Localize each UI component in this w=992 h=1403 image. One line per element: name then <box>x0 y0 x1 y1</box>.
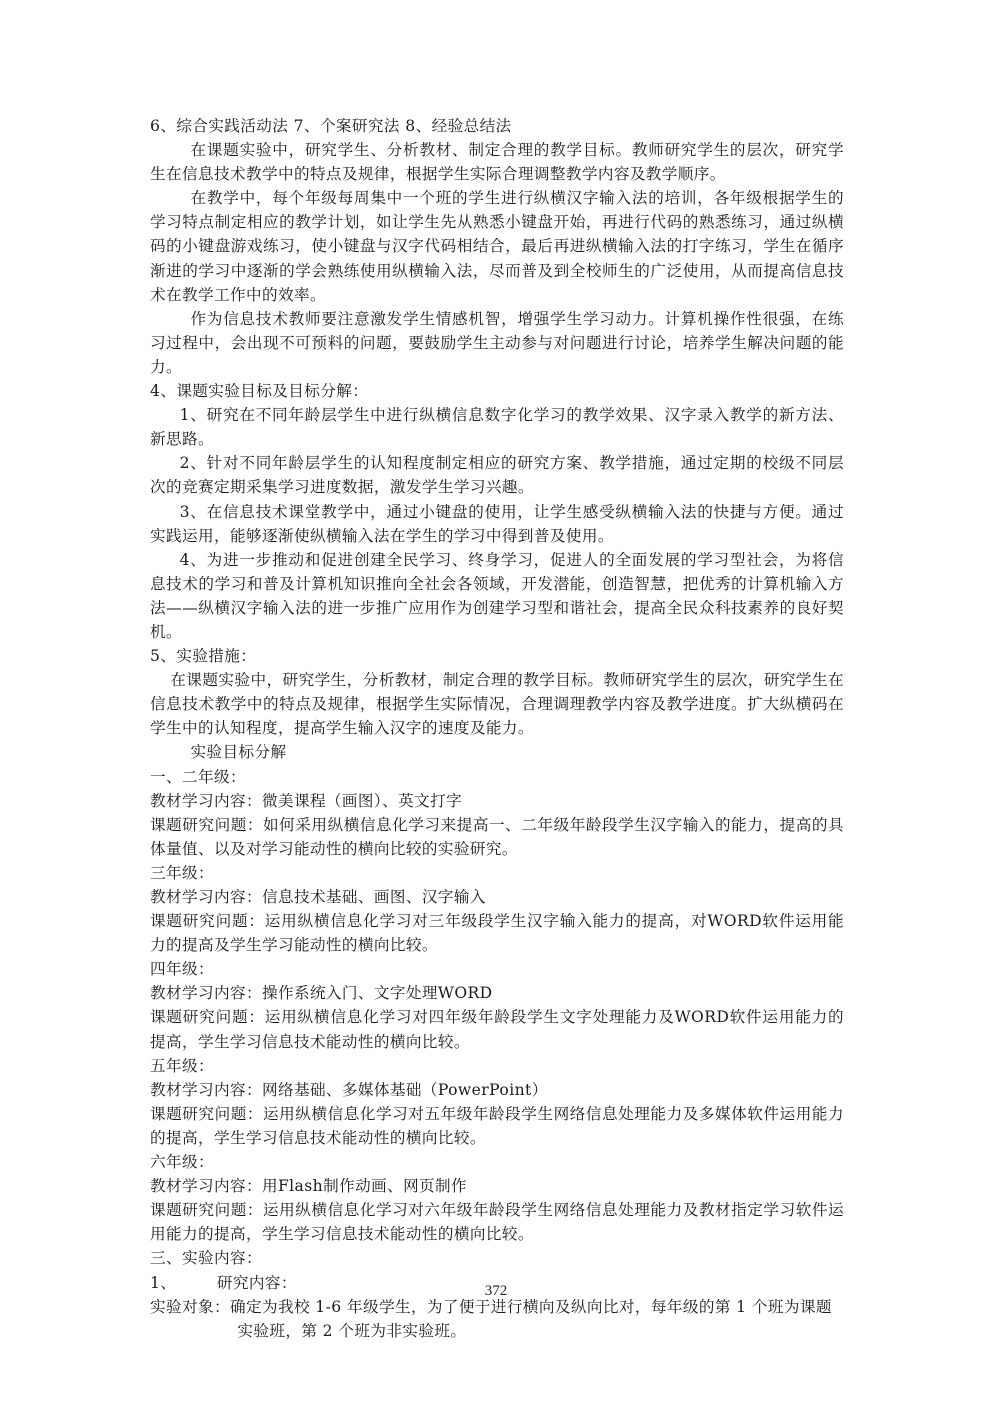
grade-3-question: 课题研究问题：运用纵横信息化学习对三年级段学生汉字输入能力的提高，对WORD软件… <box>150 909 844 957</box>
grade-3-title: 三年级： <box>150 861 844 885</box>
section-4-heading: 4、课题实验目标及目标分解： <box>150 379 844 403</box>
intro-paragraph-2: 在教学中，每个年级每周集中一个班的学生进行纵横汉字输入法的培训，各年级根据学生的… <box>150 186 844 306</box>
grade-5-content: 教材学习内容：网络基础、多媒体基础（PowerPoint） <box>150 1078 844 1102</box>
measures-paragraph: 在课题实验中，研究学生，分析教材，制定合理的教学目标。教师研究学生的层次，研究学… <box>150 668 844 740</box>
document-page: 6、综合实践活动法 7、个案研究法 8、经验总结法 在课题实验中，研究学生、分析… <box>150 114 844 1343</box>
grade-5-question: 课题研究问题：运用纵横信息化学习对五年级年龄段学生网络信息处理能力及多媒体软件运… <box>150 1102 844 1150</box>
goal-item-4: 4、为进一步推动和促进创建全民学习、终身学习，促进人的全面发展的学习型社会，为将… <box>150 548 844 644</box>
goal-item-2: 2、针对不同年龄层学生的认知程度制定相应的研究方案、教学措施，通过定期的校级不同… <box>150 451 844 499</box>
section-5-heading: 5、实验措施： <box>150 644 844 668</box>
grade-6-question: 课题研究问题：运用纵横信息化学习对六年级年龄段学生网络信息处理能力及教材指定学习… <box>150 1198 844 1246</box>
goal-item-3: 3、在信息技术课堂教学中，通过小键盘的使用，让学生感受纵横输入法的快捷与方便。通… <box>150 500 844 548</box>
grade-3-content: 教材学习内容：信息技术基础、画图、汉字输入 <box>150 885 844 909</box>
methods-line: 6、综合实践活动法 7、个案研究法 8、经验总结法 <box>150 114 844 138</box>
grade-6-content: 教材学习内容：用Flash制作动画、网页制作 <box>150 1174 844 1198</box>
intro-paragraph-3: 作为信息技术教师要注意激发学生情感机智，增强学生学习动力。计算机操作性很强，在练… <box>150 307 844 379</box>
grade-1-2-question: 课题研究问题：如何采用纵横信息化学习来提高一、二年级年龄段学生汉字输入的能力，提… <box>150 813 844 861</box>
page-number: 372 <box>0 1283 992 1300</box>
grade-4-title: 四年级： <box>150 957 844 981</box>
grade-6-title: 六年级： <box>150 1150 844 1174</box>
section-three-heading: 三、实验内容： <box>150 1246 844 1270</box>
intro-paragraph-1: 在课题实验中，研究学生、分析教材、制定合理的教学目标。教师研究学生的层次，研究学… <box>150 138 844 186</box>
goal-breakdown-subheading: 实验目标分解 <box>150 740 844 764</box>
grade-1-2-title: 一、二年级： <box>150 765 844 789</box>
grade-5-title: 五年级： <box>150 1054 844 1078</box>
grade-1-2-content: 教材学习内容：微美课程（画图）、英文打字 <box>150 789 844 813</box>
goal-item-1: 1、研究在不同年龄层学生中进行纵横信息数字化学习的教学效果、汉字录入教学的新方法… <box>150 403 844 451</box>
experiment-subjects: 实验对象：确定为我校 1-6 年级学生，为了便于进行横向及纵向比对，每年级的第 … <box>150 1295 844 1343</box>
grade-4-content: 教材学习内容：操作系统入门、文字处理WORD <box>150 981 844 1005</box>
grade-4-question: 课题研究问题：运用纵横信息化学习对四年级年龄段学生文字处理能力及WORD软件运用… <box>150 1005 844 1053</box>
